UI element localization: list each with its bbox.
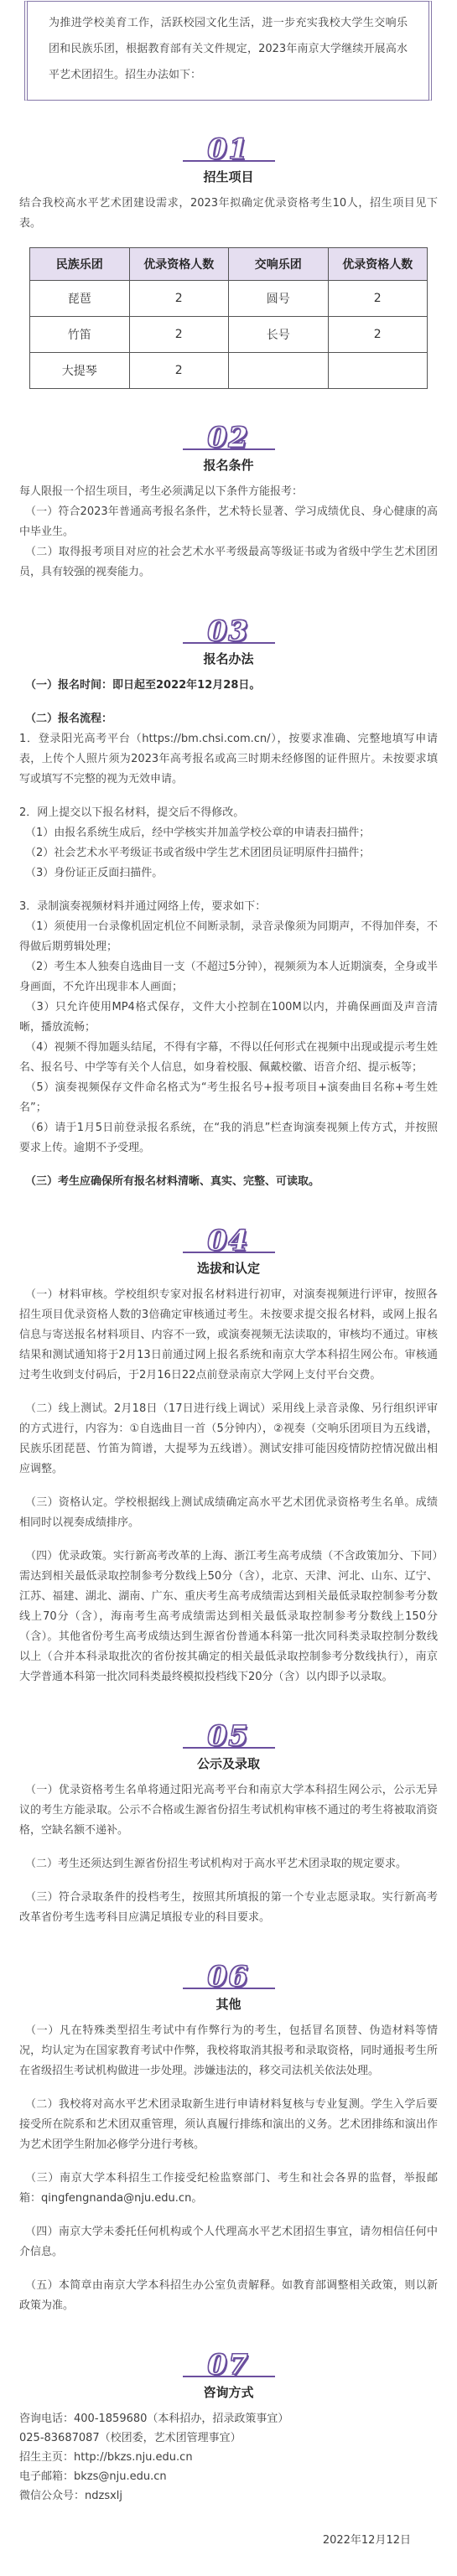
section-number: 02 xyxy=(170,421,288,454)
paragraph: 结合我校高水平艺术团建设需求，2023年拟确定优录资格考生10人，招生项目见下表… xyxy=(19,194,438,234)
section-body: （一）优录资格考生名单将通过阳光高考平台和南京大学本科招生网公示，公示无异议的考… xyxy=(19,1780,438,1928)
paragraph: 微信公众号：ndzsxlj xyxy=(19,2486,438,2506)
quota-table: 民族乐团优录资格人数交响乐团优录资格人数琵琶2圆号2竹笛2长号2大提琴2 xyxy=(29,247,428,389)
section-body: （一）材料审核。学校组织专家对报名材料进行初审，对演奏视频进行评审，按照各招生项… xyxy=(19,1285,438,1687)
section-number-box: 02 xyxy=(170,421,288,454)
table-cell: 2 xyxy=(129,281,229,317)
paragraph: 招生主页：http://bkzs.nju.edu.cn xyxy=(19,2448,438,2467)
section-header-06: 06其他 xyxy=(0,1960,457,2013)
paragraph: （二）我校将对高水平艺术团录取新生进行申请材料复核与专业复测。学生入学后要接受所… xyxy=(19,2095,438,2155)
paragraph: （2）考生本人独奏自选曲目一支（不超过5分钟），视频须为本人近期演奏，全身或半身… xyxy=(19,957,438,998)
section-04: 04选拔和认定（一）材料审核。学校组织专家对报名材料进行初审，对演奏视频进行评审… xyxy=(0,1224,457,1687)
paragraph: 2．网上提交以下报名材料，提交后不得修改。 xyxy=(19,803,438,823)
table-cell: 圆号 xyxy=(229,281,329,317)
paragraph: （三）符合录取条件的投档考生，按照其所填报的第一个专业志愿录取。实行新高考改革省… xyxy=(19,1888,438,1928)
section-number-box: 06 xyxy=(170,1960,288,1993)
table-header-row: 民族乐团优录资格人数交响乐团优录资格人数 xyxy=(30,248,428,281)
paragraph: 1．登录阳光高考平台（https://bm.chsi.com.cn/），按要求准… xyxy=(19,729,438,790)
paragraph: （四）优录政策。实行新高考改革的上海、浙江考生高考成绩（不含政策加分、下同）需达… xyxy=(19,1547,438,1687)
paragraph: （4）视频不得加题头结尾，不得有字幕，不得以任何形式在视频中出现或提示考生姓名、… xyxy=(19,1038,438,1078)
paragraph: （3）身份证正反面扫描件。 xyxy=(19,863,438,884)
section-number-box: 03 xyxy=(170,614,288,648)
table-header-cell: 优录资格人数 xyxy=(328,248,428,281)
section-03: 03报名办法（一）报名时间：即日起至2022年12月28日。（二）报名流程：1．… xyxy=(0,614,457,1192)
paragraph: （一）凡在特殊类型招生考试中有作弊行为的考生，包括冒名顶替、伪造材料等情况，均认… xyxy=(19,2021,438,2081)
paragraph: （一）优录资格考生名单将通过阳光高考平台和南京大学本科招生网公示，公示无异议的考… xyxy=(19,1780,438,1841)
intro-box: 为推进学校美育工作，活跃校园文化生活，进一步充实我校大学生交响乐团和民族乐团，根… xyxy=(24,1,432,101)
paragraph: （5）演奏视频保存文件命名格式为“考生报名号+报考项目+演奏曲目名称+考生姓名”… xyxy=(19,1078,438,1118)
paragraph: （3）只允许使用MP4格式保存，文件大小控制在100M以内，并确保画面及声音清晰… xyxy=(19,998,438,1038)
table-row: 大提琴2 xyxy=(30,353,428,389)
section-01: 01招生项目结合我校高水平艺术团建设需求，2023年拟确定优录资格考生10人，招… xyxy=(0,132,457,389)
paragraph: （二）报名流程： xyxy=(19,709,438,729)
section-header-02: 02报名条件 xyxy=(0,421,457,474)
section-number-box: 07 xyxy=(170,2348,288,2382)
section-body: 每人限报一个招生项目，考生必须满足以下条件方能报考：（一）符合2023年普通高考… xyxy=(19,482,438,583)
paragraph: （2）社会艺术水平考级证书或省级中学生艺术团团员证明原件扫描件； xyxy=(19,843,438,863)
paragraph: （二）考生还须达到生源省份招生考试机构对于高水平艺术团录取的规定要求。 xyxy=(19,1854,438,1874)
section-header-07: 07咨询方式 xyxy=(0,2348,457,2401)
section-title: 其他 xyxy=(0,1996,457,2013)
paragraph: （三）资格认定。学校根据线上测试成绩确定高水平艺术团优录资格考生名单。成绩相同时… xyxy=(19,1493,438,1533)
section-06: 06其他（一）凡在特殊类型招生考试中有作弊行为的考生，包括冒名顶替、伪造材料等情… xyxy=(0,1960,457,2316)
table-header-cell: 优录资格人数 xyxy=(129,248,229,281)
table-cell: 2 xyxy=(129,317,229,353)
paragraph: （一）符合2023年普通高考报名条件，艺术特长显著、学习成绩优良、身心健康的高中… xyxy=(19,502,438,542)
section-body: 咨询电话：400-1859680（本科招办，招录政策事宜）025-8368708… xyxy=(19,2409,438,2506)
paragraph: （三）考生应确保所有报名材料清晰、真实、完整、可读取。 xyxy=(19,1172,438,1192)
table-cell xyxy=(229,353,329,389)
paragraph: 3．录制演奏视频材料并通过网络上传，要求如下： xyxy=(19,897,438,917)
section-number-box: 05 xyxy=(170,1719,288,1753)
table-cell xyxy=(328,353,428,389)
intro-text: 为推进学校美育工作，活跃校园文化生活，进一步充实我校大学生交响乐团和民族乐团，根… xyxy=(49,10,408,88)
table-cell: 2 xyxy=(328,281,428,317)
table-cell: 竹笛 xyxy=(30,317,130,353)
section-header-05: 05公示及录取 xyxy=(0,1719,457,1772)
section-number: 03 xyxy=(170,614,288,648)
paragraph: （6）请于1月5日前登录报名系统，在“我的消息”栏查询演奏视频上传方式，并按照要… xyxy=(19,1118,438,1158)
section-body: （一）凡在特殊类型招生考试中有作弊行为的考生，包括冒名顶替、伪造材料等情况，均认… xyxy=(19,2021,438,2316)
section-number: 06 xyxy=(170,1960,288,1993)
section-number-box: 04 xyxy=(170,1224,288,1257)
table-cell: 2 xyxy=(328,317,428,353)
section-07: 07咨询方式咨询电话：400-1859680（本科招办，招录政策事宜）025-8… xyxy=(0,2348,457,2506)
paragraph: （四）南京大学未委托任何机构或个人代理高水平艺术团招生事宜，请勿相信任何中介信息… xyxy=(19,2222,438,2262)
table-cell: 大提琴 xyxy=(30,353,130,389)
section-header-04: 04选拔和认定 xyxy=(0,1224,457,1277)
sections: 01招生项目结合我校高水平艺术团建设需求，2023年拟确定优录资格考生10人，招… xyxy=(0,132,457,2506)
table-cell: 长号 xyxy=(229,317,329,353)
paragraph: 每人限报一个招生项目，考生必须满足以下条件方能报考： xyxy=(19,482,438,502)
table-cell: 2 xyxy=(129,353,229,389)
table-row: 竹笛2长号2 xyxy=(30,317,428,353)
paragraph: （一）报名时间：即日起至2022年12月28日。 xyxy=(19,676,438,696)
section-title: 咨询方式 xyxy=(0,2384,457,2401)
section-number: 05 xyxy=(170,1719,288,1753)
paragraph: （三）南京大学本科招生工作接受纪检监察部门、考生和社会各界的监督，举报邮箱：qi… xyxy=(19,2169,438,2209)
section-body: 结合我校高水平艺术团建设需求，2023年拟确定优录资格考生10人，招生项目见下表… xyxy=(19,194,438,389)
paragraph: 电子邮箱：bkzs@nju.edu.cn xyxy=(19,2467,438,2486)
section-title: 报名条件 xyxy=(0,457,457,474)
paragraph: （1）由报名系统生成后，经中学核实并加盖学校公章的申请表扫描件； xyxy=(19,823,438,843)
section-05: 05公示及录取（一）优录资格考生名单将通过阳光高考平台和南京大学本科招生网公示，… xyxy=(0,1719,457,1928)
section-title: 报名办法 xyxy=(0,650,457,667)
notice-document: 为推进学校美育工作，活跃校园文化生活，进一步充实我校大学生交响乐团和民族乐团，根… xyxy=(0,1,457,2576)
paragraph: （二）线上测试。2月18日（17日进行线上调试）采用线上录音录像、另行组织评审的… xyxy=(19,1399,438,1480)
section-title: 选拔和认定 xyxy=(0,1260,457,1277)
quota-table-body: 琵琶2圆号2竹笛2长号2大提琴2 xyxy=(30,281,428,389)
section-number: 01 xyxy=(170,132,288,166)
section-number: 04 xyxy=(170,1224,288,1257)
section-body: （一）报名时间：即日起至2022年12月28日。（二）报名流程：1．登录阳光高考… xyxy=(19,676,438,1192)
paragraph: （一）材料审核。学校组织专家对报名材料进行初审，对演奏视频进行评审，按照各招生项… xyxy=(19,1285,438,1386)
table-row: 琵琶2圆号2 xyxy=(30,281,428,317)
section-header-03: 03报名办法 xyxy=(0,614,457,667)
section-title: 招生项目 xyxy=(0,168,457,185)
table-header-cell: 交响乐团 xyxy=(229,248,329,281)
paragraph: 025-83687087（校团委，艺术团管理事宜） xyxy=(19,2428,438,2448)
section-number: 07 xyxy=(170,2348,288,2382)
table-cell: 琵琶 xyxy=(30,281,130,317)
section-title: 公示及录取 xyxy=(0,1755,457,1772)
section-02: 02报名条件每人限报一个招生项目，考生必须满足以下条件方能报考：（一）符合202… xyxy=(0,421,457,583)
paragraph: （二）取得报考项目对应的社会艺术水平考级最高等级证书或为省级中学生艺术团团员，具… xyxy=(19,542,438,583)
section-number-box: 01 xyxy=(170,132,288,166)
quota-table-head: 民族乐团优录资格人数交响乐团优录资格人数 xyxy=(30,248,428,281)
section-header-01: 01招生项目 xyxy=(0,132,457,185)
paragraph: （1）须使用一台录像机固定机位不间断录制，录音录像须为同期声，不得加伴奏，不得做… xyxy=(19,917,438,957)
paragraph: （五）本简章由南京大学本科招生办公室负责解释。如教育部调整相关政策，则以新政策为… xyxy=(19,2276,438,2316)
paragraph: 咨询电话：400-1859680（本科招办，招录政策事宜） xyxy=(19,2409,438,2428)
table-header-cell: 民族乐团 xyxy=(30,248,130,281)
publish-date: 2022年12月12日 xyxy=(0,2531,411,2551)
